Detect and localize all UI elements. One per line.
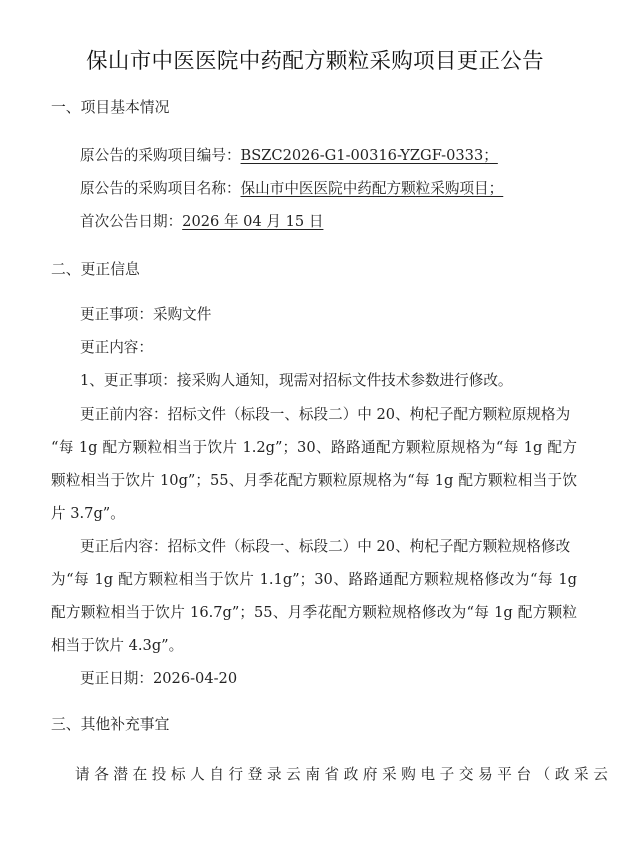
correction-content-label: 更正内容： [80, 336, 153, 357]
before-content-line: 片 3.7g”。 [51, 502, 125, 523]
section-heading-other-matters: 三、其他补充事宜 [51, 713, 169, 734]
project-name-value: 保山市中医医院中药配方颗粒采购项目； [241, 180, 504, 197]
correction-point-1: 1、更正事项：接采购人通知，现需对招标文件技术参数进行修改。 [80, 369, 513, 390]
project-name-row: 原公告的采购项目名称：保山市中医医院中药配方颗粒采购项目； [80, 177, 503, 198]
first-notice-date-label: 首次公告日期： [80, 213, 182, 230]
section-heading-basic-info: 一、项目基本情况 [51, 96, 169, 117]
page-title: 保山市中医医院中药配方颗粒采购项目更正公告 [0, 44, 630, 75]
first-notice-date-value: 2026 年 04 月 15 日 [182, 213, 323, 230]
project-number-value: BSZC2026-G1-00316-YZGF-0333； [241, 147, 498, 164]
after-content-line: 为“每 1g 配方颗粒相当于饮片 1.1g”；30、路路通配方颗粒规格修改为“每… [51, 568, 577, 589]
after-content-line: 相当于饮片 4.3g”。 [51, 634, 183, 655]
before-content-line: 颗粒相当于饮片 10g”；55、月季花配方颗粒原规格为“每 1g 配方颗粒相当于… [51, 469, 577, 490]
other-matters-text: 请各潜在投标人自行登录云南省政府采购电子交易平台（政采云 [75, 763, 612, 784]
correction-date: 更正日期：2026-04-20 [80, 667, 237, 688]
after-content-line: 更正后内容：招标文件（标段一、标段二）中 20、枸杞子配方颗粒规格修改 [80, 535, 570, 556]
first-notice-date-row: 首次公告日期：2026 年 04 月 15 日 [80, 210, 323, 231]
section-heading-correction-info: 二、更正信息 [51, 258, 140, 279]
project-name-label: 原公告的采购项目名称： [80, 180, 241, 197]
after-content-line: 配方颗粒相当于饮片 16.7g”；55、月季花配方颗粒规格修改为“每 1g 配方… [51, 601, 577, 622]
project-number-label: 原公告的采购项目编号： [80, 147, 241, 164]
before-content-line: 更正前内容：招标文件（标段一、标段二）中 20、枸杞子配方颗粒原规格为 [80, 403, 570, 424]
before-content-line: “每 1g 配方颗粒相当于饮片 1.2g”；30、路路通配方颗粒原规格为“每 1… [51, 436, 577, 457]
project-number-row: 原公告的采购项目编号：BSZC2026-G1-00316-YZGF-0333； [80, 144, 498, 165]
correction-item: 更正事项：采购文件 [80, 303, 211, 324]
